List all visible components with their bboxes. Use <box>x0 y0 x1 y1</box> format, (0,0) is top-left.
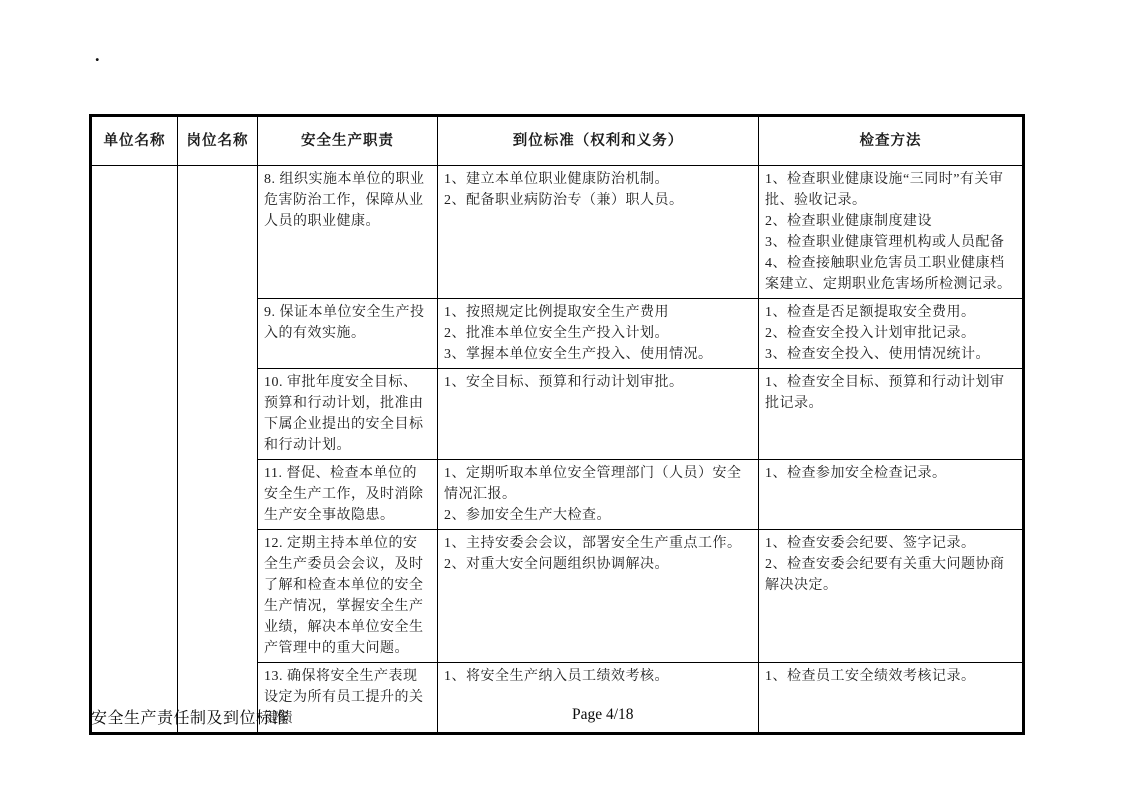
position-name-cell <box>178 166 258 734</box>
list-item: 3、检查职业健康管理机构或人员配备 <box>765 232 1016 253</box>
list-item: 2、检查安委会纪要有关重大问题协商解决决定。 <box>765 554 1016 596</box>
standards-cell: 1、主持安委会会议，部署安全生产重点工作。 2、对重大安全问题组织协调解决。 <box>438 530 759 663</box>
list-item: 2、配备职业病防治专（兼）职人员。 <box>444 190 752 211</box>
list-item: 2、对重大安全问题组织协调解决。 <box>444 554 752 575</box>
list-item: 1、将安全生产纳入员工绩效考核。 <box>444 666 752 687</box>
col-header-duty: 安全生产职责 <box>258 116 438 166</box>
footer-document-title: 安全生产责任制及到位标准 <box>91 705 289 728</box>
checks-cell: 1、检查是否足额提取安全费用。 2、检查安全投入计划审批记录。 3、检查安全投入… <box>759 299 1024 369</box>
duty-cell: 10. 审批年度安全目标、预算和行动计划，批准由下属企业提出的安全目标和行动计划… <box>258 369 438 460</box>
col-header-position-name: 岗位名称 <box>178 116 258 166</box>
list-item: 2、检查职业健康制度建设 <box>765 211 1016 232</box>
duty-cell: 9. 保证本单位安全生产投入的有效实施。 <box>258 299 438 369</box>
list-item: 1、按照规定比例提取安全生产费用 <box>444 302 752 323</box>
list-item: 2、参加安全生产大检查。 <box>444 505 752 526</box>
duty-cell: 12. 定期主持本单位的安全生产委员会会议，及时了解和检查本单位的安全生产情况，… <box>258 530 438 663</box>
checks-cell: 1、检查安全目标、预算和行动计划审批记录。 <box>759 369 1024 460</box>
checks-cell: 1、检查员工安全绩效考核记录。 <box>759 663 1024 734</box>
list-item: 1、定期听取本单位安全管理部门（人员）安全情况汇报。 <box>444 463 752 505</box>
stray-dot: . <box>95 45 100 66</box>
standards-cell: 1、建立本单位职业健康防治机制。 2、配备职业病防治专（兼）职人员。 <box>438 166 759 299</box>
list-item: 2、批准本单位安全生产投入计划。 <box>444 323 752 344</box>
list-item: 1、检查是否足额提取安全费用。 <box>765 302 1016 323</box>
checks-cell: 1、检查安委会纪要、签字记录。 2、检查安委会纪要有关重大问题协商解决决定。 <box>759 530 1024 663</box>
duty-cell: 11. 督促、检查本单位的安全生产工作，及时消除生产安全事故隐患。 <box>258 460 438 530</box>
list-item: 1、安全目标、预算和行动计划审批。 <box>444 372 752 393</box>
list-item: 4、检查接触职业危害员工职业健康档案建立、定期职业危害场所检测记录。 <box>765 253 1016 295</box>
standards-cell: 1、安全目标、预算和行动计划审批。 <box>438 369 759 460</box>
list-item: 1、检查安全目标、预算和行动计划审批记录。 <box>765 372 1016 414</box>
standards-cell: 1、按照规定比例提取安全生产费用 2、批准本单位安全生产投入计划。 3、掌握本单… <box>438 299 759 369</box>
list-item: 3、检查安全投入、使用情况统计。 <box>765 344 1016 365</box>
footer-page-number: Page 4/18 <box>572 706 634 724</box>
unit-name-cell <box>91 166 178 734</box>
list-item: 1、检查职业健康设施“三同时”有关审批、验收记录。 <box>765 169 1016 211</box>
list-item: 1、主持安委会会议，部署安全生产重点工作。 <box>444 533 752 554</box>
list-item: 2、检查安全投入计划审批记录。 <box>765 323 1016 344</box>
responsibility-table: 单位名称 岗位名称 安全生产职责 到位标准（权利和义务） 检查方法 8. 组织实… <box>89 114 1025 735</box>
table-header-row: 单位名称 岗位名称 安全生产职责 到位标准（权利和义务） 检查方法 <box>91 116 1024 166</box>
list-item: 3、掌握本单位安全生产投入、使用情况。 <box>444 344 752 365</box>
list-item: 1、检查安委会纪要、签字记录。 <box>765 533 1016 554</box>
checks-cell: 1、检查参加安全检查记录。 <box>759 460 1024 530</box>
table-row: 8. 组织实施本单位的职业危害防治工作，保障从业人员的职业健康。 1、建立本单位… <box>91 166 1024 299</box>
list-item: 1、检查员工安全绩效考核记录。 <box>765 666 1016 687</box>
col-header-check-method: 检查方法 <box>759 116 1024 166</box>
checks-cell: 1、检查职业健康设施“三同时”有关审批、验收记录。 2、检查职业健康制度建设 3… <box>759 166 1024 299</box>
standards-cell: 1、定期听取本单位安全管理部门（人员）安全情况汇报。 2、参加安全生产大检查。 <box>438 460 759 530</box>
col-header-standards: 到位标准（权利和义务） <box>438 116 759 166</box>
col-header-unit-name: 单位名称 <box>91 116 178 166</box>
list-item: 1、检查参加安全检查记录。 <box>765 463 1016 484</box>
list-item: 1、建立本单位职业健康防治机制。 <box>444 169 752 190</box>
duty-cell: 8. 组织实施本单位的职业危害防治工作，保障从业人员的职业健康。 <box>258 166 438 299</box>
